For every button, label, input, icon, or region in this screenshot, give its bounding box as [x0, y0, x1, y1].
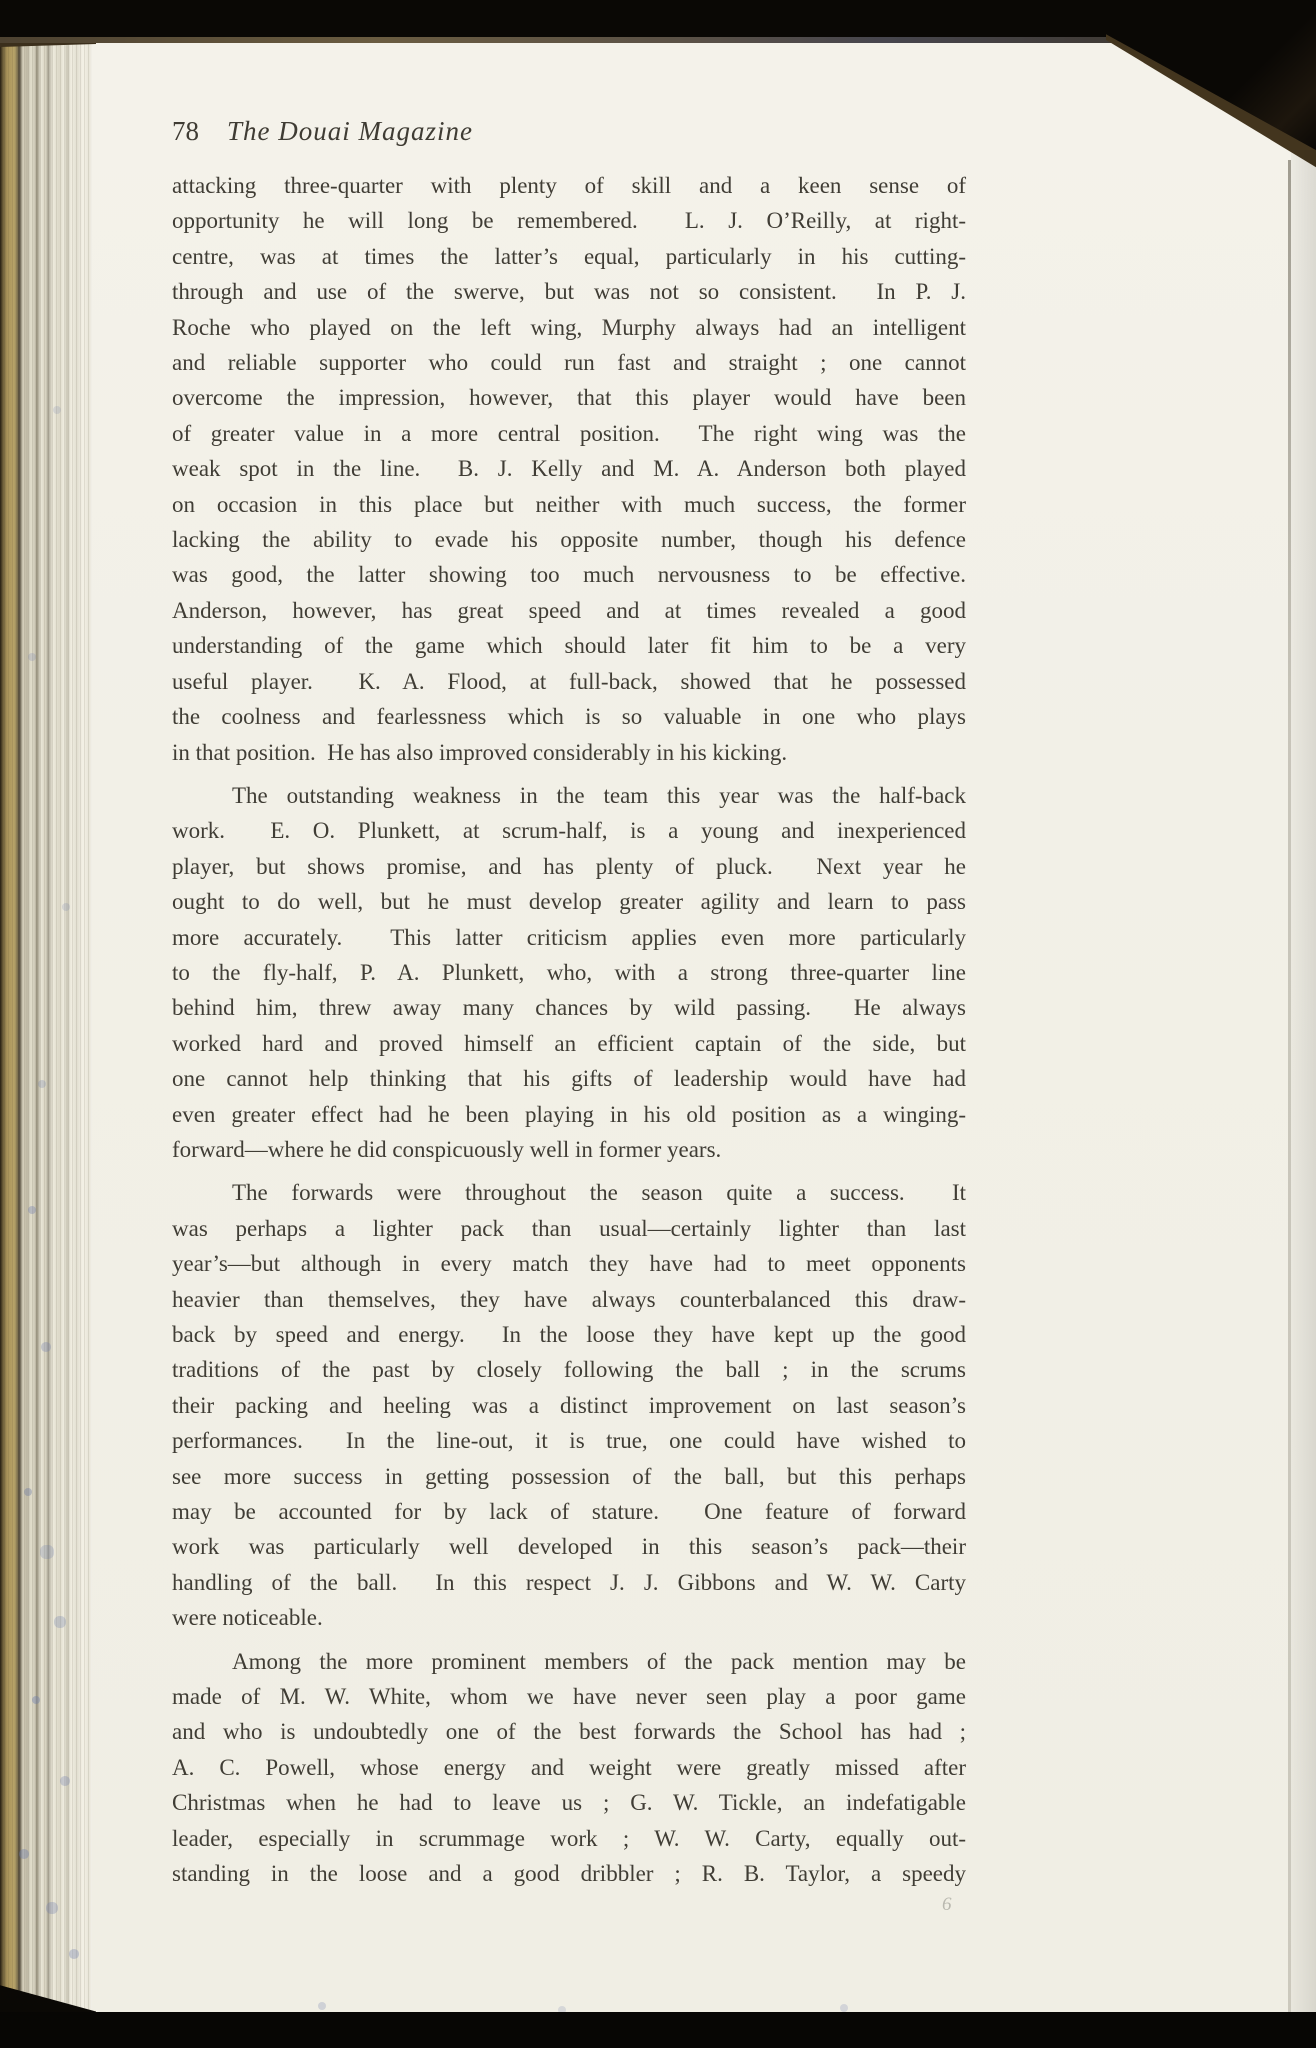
text-line: Among the more prominent members of the …: [172, 1644, 966, 1679]
text-line: forward—where he did conspicuously well …: [172, 1132, 966, 1167]
text-line: of greater value in a more central posit…: [172, 416, 966, 451]
text-line: work. E. O. Plunkett, at scrum-half, is …: [172, 813, 966, 848]
text-line: back by speed and energy. In the loose t…: [172, 1317, 966, 1352]
text-line: on occasion in this place but neither wi…: [172, 487, 966, 522]
text-line: see more success in getting possession o…: [172, 1459, 966, 1494]
text-line: through and use of the swerve, but was n…: [172, 274, 966, 309]
text-line: lacking the ability to evade his opposit…: [172, 522, 966, 557]
text-line: Christmas when he had to leave us ; G. W…: [172, 1785, 966, 1820]
text-line: centre, was at times the latter’s equal,…: [172, 239, 966, 274]
text-line: was good, the latter showing too much ne…: [172, 557, 966, 592]
text-line: made of M. W. White, whom we have never …: [172, 1679, 966, 1714]
text-line: Roche who played on the left wing, Murph…: [172, 310, 966, 345]
bottom-cover-band: [0, 2012, 1316, 2048]
text-line: opportunity he will long be remembered. …: [172, 203, 966, 238]
text-line: their packing and heeling was a distinct…: [172, 1388, 966, 1423]
text-line: one cannot help thinking that his gifts …: [172, 1061, 966, 1096]
text-line: heavier than themselves, they have alway…: [172, 1282, 966, 1317]
text-line: work was particularly well developed in …: [172, 1529, 966, 1564]
text-line: even greater effect had he been playing …: [172, 1097, 966, 1132]
fore-edge-page-stack: [0, 40, 92, 2014]
text-line: A. C. Powell, whose energy and weight we…: [172, 1750, 966, 1785]
text-line: was perhaps a lighter pack than usual—ce…: [172, 1211, 966, 1246]
text-line: more accurately. This latter criticism a…: [172, 920, 966, 955]
text-line: Anderson, however, has great speed and a…: [172, 593, 966, 628]
text-block: attacking three-quarter with plenty of s…: [172, 168, 966, 1892]
text-line: leader, especially in scrummage work ; W…: [172, 1821, 966, 1856]
text-line: the coolness and fearlessness which is s…: [172, 699, 966, 734]
text-line: worked hard and proved himself an effici…: [172, 1026, 966, 1061]
text-line: player, but shows promise, and has plent…: [172, 849, 966, 884]
book-photo: 78 The Douai Magazine attacking three-qu…: [0, 0, 1316, 2048]
page-number: 78: [172, 116, 199, 147]
paragraph: The outstanding weakness in the team thi…: [172, 778, 966, 1167]
text-line: and who is undoubtedly one of the best f…: [172, 1714, 966, 1749]
text-line: year’s—but although in every match they …: [172, 1246, 966, 1281]
text-line: performances. In the line-out, it is tru…: [172, 1423, 966, 1458]
text-line: The outstanding weakness in the team thi…: [172, 778, 966, 813]
text-line: understanding of the game which should l…: [172, 628, 966, 663]
text-line: The forwards were throughout the season …: [172, 1175, 966, 1210]
text-line: ought to do well, but he must develop gr…: [172, 884, 966, 919]
text-line: handling of the ball. In this respect J.…: [172, 1565, 966, 1600]
text-line: traditions of the past by closely follow…: [172, 1352, 966, 1387]
text-line: weak spot in the line. B. J. Kelly and M…: [172, 451, 966, 486]
paragraph: attacking three-quarter with plenty of s…: [172, 168, 966, 770]
gutter-shadow: [1291, 150, 1316, 2012]
text-line: in that position. He has also improved c…: [172, 735, 966, 770]
text-line: were noticeable.: [172, 1600, 966, 1635]
paragraph: Among the more prominent members of the …: [172, 1644, 966, 1892]
text-line: may be accounted for by lack of stature.…: [172, 1494, 966, 1529]
cover-edge-line: [0, 37, 1262, 43]
text-line: overcome the impression, however, that t…: [172, 380, 966, 415]
magazine-title: The Douai Magazine: [227, 116, 473, 147]
text-line: standing in the loose and a good dribble…: [172, 1856, 966, 1891]
text-line: behind him, threw away many chances by w…: [172, 990, 966, 1025]
text-line: attacking three-quarter with plenty of s…: [172, 168, 966, 203]
text-line: useful player. K. A. Flood, at full-back…: [172, 664, 966, 699]
paragraph: The forwards were throughout the season …: [172, 1175, 966, 1635]
text-line: and reliable supporter who could run fas…: [172, 345, 966, 380]
running-header: 78 The Douai Magazine: [172, 116, 972, 147]
text-line: to the fly-half, P. A. Plunkett, who, wi…: [172, 955, 966, 990]
stray-print-mark: 6: [942, 1894, 952, 1916]
